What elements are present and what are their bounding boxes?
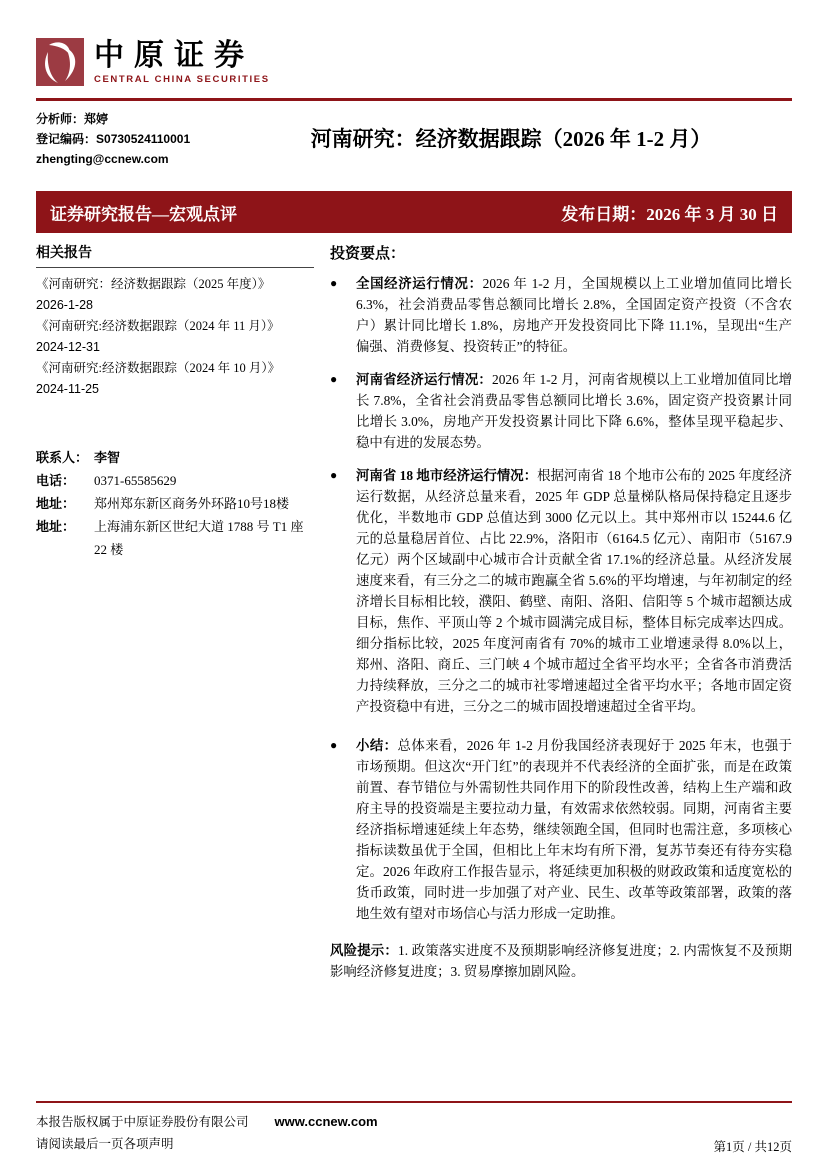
company-logo: 中原证券 CENTRAL CHINA SECURITIES <box>36 38 792 94</box>
contact-person-row: 联系人： 李智 <box>36 446 314 469</box>
analyst-reg-line: 登记编码：S0730524110001 <box>36 129 190 149</box>
related-report-date: 2026-1-28 <box>36 295 314 316</box>
disclaimer-text: 请阅读最后一页各项声明 <box>36 1133 378 1155</box>
related-report-title: 《河南研究：经济数据跟踪（2025 年度）》 <box>36 274 314 295</box>
company-name-en: CENTRAL CHINA SECURITIES <box>94 74 270 86</box>
related-report-item: 《河南研究:经济数据跟踪（2024 年 10 月）》 2024-11-25 <box>36 358 314 400</box>
contact-phone-row: 电话： 0371-65585629 <box>36 469 314 492</box>
company-name-cn: 中原证券 <box>94 38 270 74</box>
analyst-info: 分析师：郑婷 登记编码：S0730524110001 zhengting@ccn… <box>36 109 190 169</box>
related-report-item: 《河南研究:经济数据跟踪（2024 年 11 月）》 2024-12-31 <box>36 316 314 358</box>
publish-date: 发布日期：2026 年 3 月 30 日 <box>561 200 778 225</box>
page-title: 河南研究：经济数据跟踪（2026 年 1-2 月） <box>190 109 792 153</box>
contact-address-row: 地址： 郑州郑东新区商务外环路10号18楼 <box>36 492 314 515</box>
related-reports-heading: 相关报告 <box>36 242 314 268</box>
bullet-national-economy: ● 全国经济运行情况：2026 年 1-2 月，全国规模以上工业增加值同比增长 … <box>330 273 792 357</box>
copyright-text: 本报告版权属于中原证券股份有限公司 <box>36 1111 249 1133</box>
report-header: 中原证券 CENTRAL CHINA SECURITIES 分析师：郑婷 登记编… <box>36 38 792 169</box>
bullet-icon: ● <box>330 735 356 924</box>
bullet-summary: ● 小结：总体来看，2026 年 1-2 月份我国经济表现好于 2025 年末，… <box>330 735 792 924</box>
page-number: 第1页 / 共12页 <box>714 1137 792 1155</box>
bullet-icon: ● <box>330 465 356 717</box>
page-footer: 本报告版权属于中原证券股份有限公司 www.ccnew.com 请阅读最后一页各… <box>36 1101 792 1155</box>
company-logo-icon <box>36 38 84 86</box>
report-type-banner: 证券研究报告—宏观点评 发布日期：2026 年 3 月 30 日 <box>36 191 792 233</box>
bullet-henan-economy: ● 河南省经济运行情况：2026 年 1-2 月，河南省规模以上工业增加值同比增… <box>330 369 792 453</box>
sidebar: 相关报告 《河南研究：经济数据跟踪（2025 年度）》 2026-1-28 《河… <box>36 242 314 1101</box>
contact-info: 联系人： 李智 电话： 0371-65585629 地址： 郑州郑东新区商务外环… <box>36 446 314 561</box>
company-url: www.ccnew.com <box>275 1111 378 1133</box>
related-report-item: 《河南研究：经济数据跟踪（2025 年度）》 2026-1-28 <box>36 274 314 316</box>
related-report-title: 《河南研究:经济数据跟踪（2024 年 11 月）》 <box>36 316 314 337</box>
contact-address-row: 地址： 上海浦东新区世纪大道 1788 号 T1 座 22 楼 <box>36 515 314 561</box>
bullet-icon: ● <box>330 273 356 357</box>
key-points-heading: 投资要点： <box>330 242 792 263</box>
bullet-icon: ● <box>330 369 356 453</box>
main-content: 投资要点： ● 全国经济运行情况：2026 年 1-2 月，全国规模以上工业增加… <box>314 242 792 1101</box>
bullet-18-cities: ● 河南省 18 地市经济运行情况：根据河南省 18 个地市公布的 2025 年… <box>330 465 792 717</box>
report-page: 中原证券 CENTRAL CHINA SECURITIES 分析师：郑婷 登记编… <box>0 0 826 1169</box>
risk-warning: 风险提示：1. 政策落实进度不及预期影响经济修复进度；2. 内需恢复不及预期影响… <box>330 940 792 982</box>
analyst-name-line: 分析师：郑婷 <box>36 109 190 129</box>
related-report-title: 《河南研究:经济数据跟踪（2024 年 10 月）》 <box>36 358 314 379</box>
related-report-date: 2024-12-31 <box>36 337 314 358</box>
analyst-email: zhengting@ccnew.com <box>36 149 190 169</box>
related-report-date: 2024-11-25 <box>36 379 314 400</box>
report-type-label: 证券研究报告—宏观点评 <box>50 200 237 225</box>
